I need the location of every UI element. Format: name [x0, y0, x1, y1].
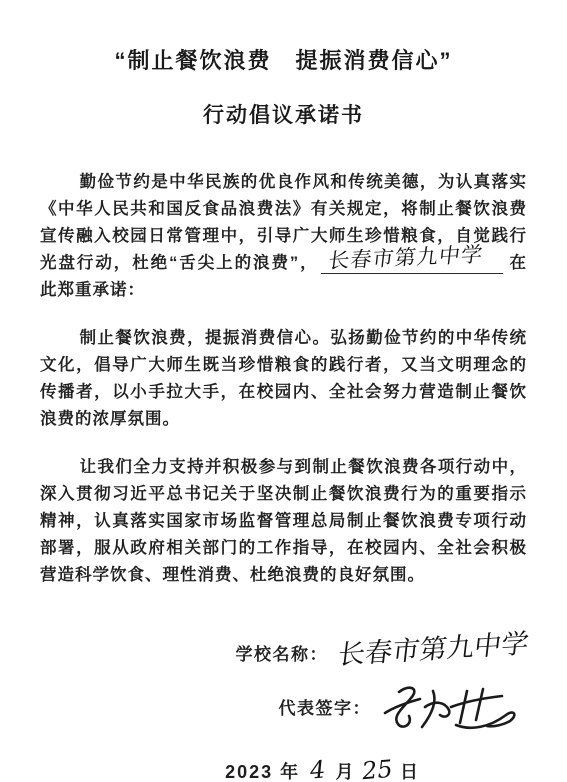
date-day-number-handwriting: 25 [361, 755, 394, 782]
inline-school-name-underline: 长春市第九中学 [321, 251, 503, 274]
date-year-unit: 年 [280, 758, 300, 782]
date-year-number: 2023 [225, 762, 273, 782]
representative-signature-icon [375, 682, 525, 744]
school-name-label: 学校名称： [236, 640, 329, 665]
date-day-unit: 日 [400, 758, 420, 782]
document-title-line2: 行动倡议承诺书 [0, 75, 567, 129]
school-name-handwriting: 长春市第九中学 [336, 622, 531, 672]
school-name-row: 学校名称： 长春市第九中学 [0, 633, 525, 672]
document-body: 勤俭节约是中华民族的优良作风和传统美德，为认真落实《中华人民共和国反食品浪费法》… [40, 169, 527, 589]
date-row: 2023 年 4 月 25 日 [225, 756, 420, 782]
paragraph-1: 勤俭节约是中华民族的优良作风和传统美德，为认真落实《中华人民共和国反食品浪费法》… [40, 169, 527, 304]
paragraph-3: 让我们全力支持并积极参与到制止餐饮浪费各项行动中，深入贯彻习近平总书记关于坚决制… [40, 454, 527, 589]
date-month-number-handwriting: 4 [309, 755, 327, 782]
pledge-document-page: “制止餐饮浪费 提振消费信心” 行动倡议承诺书 勤俭节约是中华民族的优良作风和传… [0, 0, 567, 782]
inline-school-name-handwriting: 长春市第九中学 [327, 244, 484, 272]
signature-label: 代表签字： [279, 694, 372, 719]
paragraph-2: 制止餐饮浪费，提振消费信心。弘扬勤俭节约的中华传统文化，倡导广大师生既当珍惜粮食… [40, 325, 527, 433]
document-title-line1: “制止餐饮浪费 提振消费信心” [0, 0, 567, 75]
signature-row: 代表签字： [0, 682, 525, 730]
signature-block: 学校名称： 长春市第九中学 代表签字： 2023 年 [0, 633, 525, 782]
date-month-unit: 月 [335, 758, 355, 782]
